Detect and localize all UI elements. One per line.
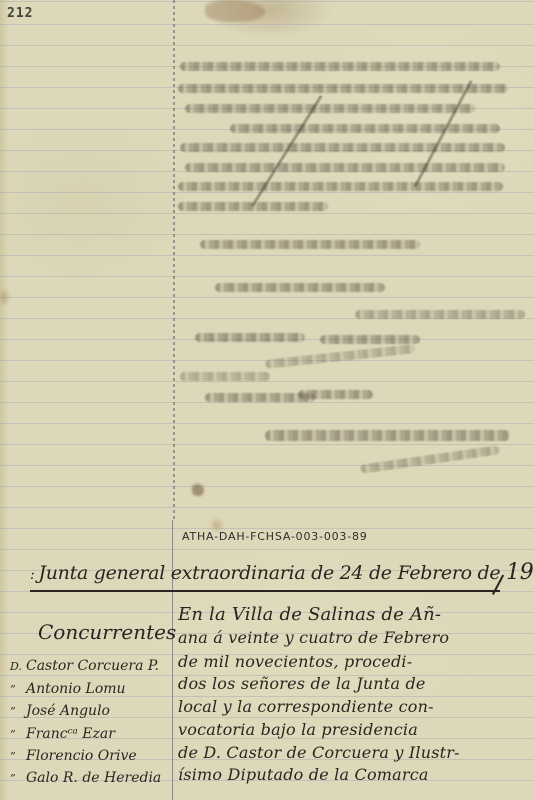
blotted-line bbox=[265, 430, 510, 441]
minutes-text-line: de mil novecientos, procedi- bbox=[178, 652, 412, 671]
attendee-prefix: ” bbox=[10, 705, 26, 718]
document-page: 212 ATHA-DAH-FCHSA-003-003-89 :Junta gen… bbox=[0, 0, 534, 800]
heading-bullet: : bbox=[30, 567, 34, 583]
blotted-line bbox=[185, 104, 475, 113]
blotted-line bbox=[180, 372, 270, 381]
minutes-text-line: En la Villa de Salinas de Añ- bbox=[178, 604, 441, 625]
ink-spot bbox=[192, 484, 204, 496]
blotted-line bbox=[178, 182, 503, 191]
margin-line-upper bbox=[173, 0, 175, 520]
minutes-text-line: ana á veinte y cuatro de Febrero bbox=[178, 628, 449, 647]
attendee-name: Antonio Lomu bbox=[26, 681, 126, 697]
blotted-line bbox=[178, 84, 508, 93]
page-number: 212 bbox=[7, 6, 33, 21]
attendee-prefix: ” bbox=[10, 750, 26, 763]
blotted-line bbox=[180, 62, 500, 71]
minutes-text-line: dos los señores de la Junta de bbox=[178, 674, 426, 693]
attendee-name: Florencio Orive bbox=[26, 748, 137, 764]
attendee-entry: ”Francᶜᵃ Ezar bbox=[10, 726, 115, 742]
attendees-title: Concurrentes bbox=[38, 620, 176, 644]
minutes-text-line: local y la correspondiente con- bbox=[178, 697, 434, 716]
blotted-line bbox=[200, 240, 420, 249]
heading-year: 1900 bbox=[506, 560, 534, 585]
blotted-line bbox=[195, 333, 305, 342]
attendee-entry: ”Galo R. de Heredia bbox=[10, 770, 161, 786]
attendee-prefix: ” bbox=[10, 683, 26, 696]
attendee-prefix: ” bbox=[10, 728, 26, 741]
minutes-text-line: de D. Castor de Corcuera y Ilustr- bbox=[178, 743, 460, 762]
attendee-name: Castor Corcuera P. bbox=[26, 658, 159, 674]
blotted-line bbox=[355, 310, 525, 319]
blotted-line bbox=[215, 283, 385, 292]
attendee-entry: ”Florencio Orive bbox=[10, 748, 137, 764]
blotted-line bbox=[180, 143, 505, 152]
heading-text: Junta general extraordinaria de 24 de Fe… bbox=[38, 562, 506, 584]
blotted-line bbox=[230, 124, 500, 133]
attendee-entry: D.Castor Corcuera P. bbox=[10, 658, 159, 674]
heading-underline bbox=[30, 590, 500, 592]
attendee-prefix: D. bbox=[10, 660, 26, 673]
stain bbox=[205, 0, 265, 22]
attendee-name: Galo R. de Heredia bbox=[26, 770, 161, 786]
attendee-entry: ”José Angulo bbox=[10, 703, 110, 719]
blotted-line bbox=[185, 163, 505, 172]
minutes-text-line: ísimo Diputado de la Comarca bbox=[178, 765, 429, 784]
attendee-name: Francᶜᵃ Ezar bbox=[26, 726, 115, 742]
meeting-heading: :Junta general extraordinaria de 24 de F… bbox=[30, 560, 534, 585]
blotted-line bbox=[298, 390, 373, 399]
attendee-prefix: ” bbox=[10, 772, 26, 785]
edge-stain bbox=[0, 290, 8, 304]
attendee-entry: ”Antonio Lomu bbox=[10, 681, 126, 697]
minutes-text-line: vocatoria bajo la presidencia bbox=[178, 720, 418, 739]
blotted-line bbox=[320, 335, 420, 344]
stain bbox=[212, 520, 222, 530]
archive-reference-code: ATHA-DAH-FCHSA-003-003-89 bbox=[182, 530, 368, 543]
attendee-name: José Angulo bbox=[26, 703, 110, 719]
